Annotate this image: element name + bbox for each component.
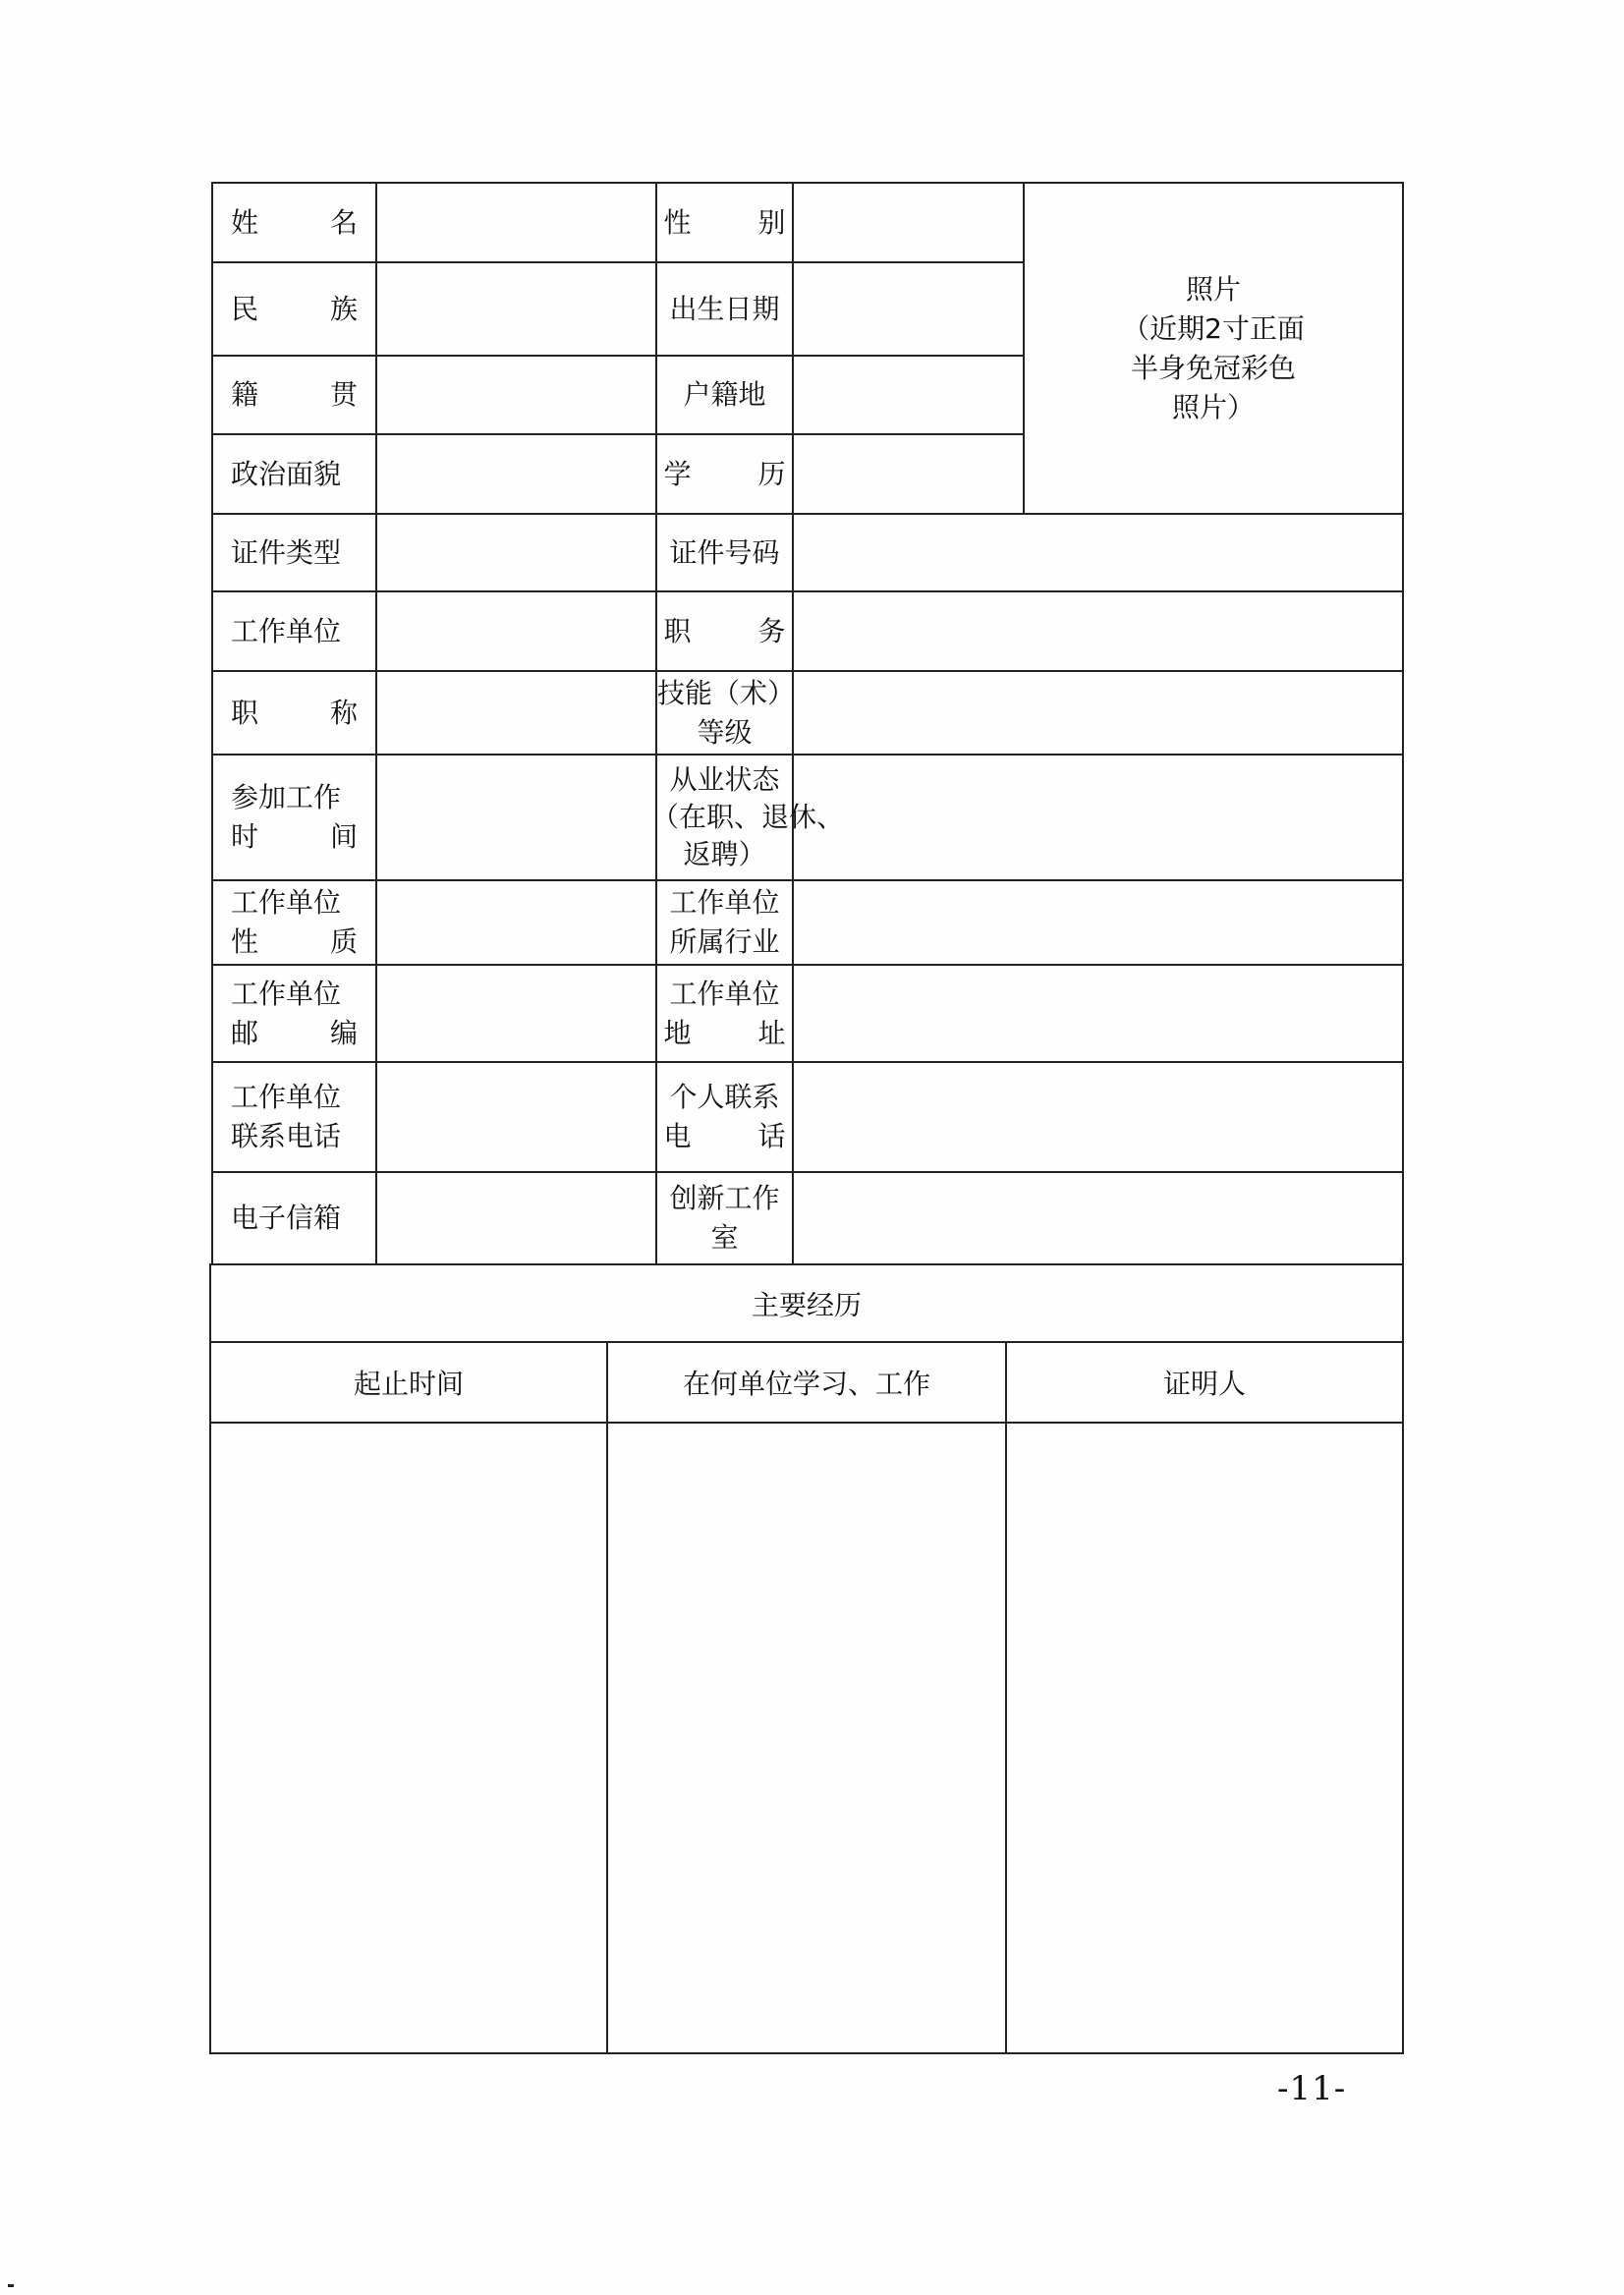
- row-email: 电子信箱 创新工作室: [212, 1172, 1403, 1264]
- experience-title-row: 主要经历: [210, 1264, 1403, 1342]
- field-id-type[interactable]: [376, 514, 656, 591]
- scan-artifact: [8, 2284, 14, 2287]
- label-email: 电子信箱: [212, 1172, 376, 1264]
- label-professional-title: 职称: [212, 671, 376, 755]
- photo-caption-line: 照片）: [1025, 388, 1402, 427]
- page-number: -11-: [1277, 2069, 1346, 2108]
- field-innovation-studio[interactable]: [793, 1172, 1403, 1264]
- label-personal-phone: 个人联系 电话: [656, 1062, 793, 1172]
- field-work-start-time[interactable]: [376, 755, 656, 880]
- label-gender: 性别: [656, 183, 793, 262]
- label-id-number: 证件号码: [656, 514, 793, 591]
- label-employer: 工作单位: [212, 591, 376, 671]
- photo-caption-line: （近期2寸正面: [1025, 309, 1402, 349]
- field-employment-status[interactable]: [793, 755, 1403, 880]
- row-name: 姓名 性别 照片 （近期2寸正面 半身免冠彩色 照片）: [212, 183, 1403, 262]
- photo-caption-line: 半身免冠彩色: [1025, 349, 1402, 388]
- field-household-registration[interactable]: [793, 356, 1024, 434]
- field-native-place[interactable]: [376, 356, 656, 434]
- row-work-start: 参加工作 时间 从业状态 （在职、退休、 返聘）: [212, 755, 1403, 880]
- experience-entry-row: [210, 1423, 1403, 2053]
- field-ethnicity[interactable]: [376, 262, 656, 356]
- field-professional-title[interactable]: [376, 671, 656, 755]
- label-household-registration: 户籍地: [656, 356, 793, 434]
- field-id-number[interactable]: [793, 514, 1403, 591]
- label-native-place: 籍贯: [212, 356, 376, 434]
- field-skill-level[interactable]: [793, 671, 1403, 755]
- field-unit[interactable]: [607, 1423, 1006, 2053]
- label-ethnicity: 民族: [212, 262, 376, 356]
- label-name: 姓名: [212, 183, 376, 262]
- label-political-status: 政治面貌: [212, 434, 376, 514]
- label-employment-status: 从业状态 （在职、退休、 返聘）: [656, 755, 793, 880]
- label-skill-level: 技能（术） 等级: [656, 671, 793, 755]
- experience-title: 主要经历: [210, 1264, 1403, 1342]
- label-id-type: 证件类型: [212, 514, 376, 591]
- document-page: 姓名 性别 照片 （近期2寸正面 半身免冠彩色 照片） 民族 出生日期: [0, 0, 1624, 2295]
- label-employer-address: 工作单位 地址: [656, 965, 793, 1062]
- row-employer-nature: 工作单位 性质 工作单位 所属行业: [212, 880, 1403, 965]
- experience-table: 主要经历 起止时间 在何单位学习、工作 证明人: [209, 1263, 1404, 2054]
- row-id-type: 证件类型 证件号码: [212, 514, 1403, 591]
- field-employer-phone[interactable]: [376, 1062, 656, 1172]
- label-birth-date: 出生日期: [656, 262, 793, 356]
- field-name[interactable]: [376, 183, 656, 262]
- field-position[interactable]: [793, 591, 1403, 671]
- personal-info-table: 姓名 性别 照片 （近期2寸正面 半身免冠彩色 照片） 民族 出生日期: [211, 182, 1404, 1265]
- field-employer-address[interactable]: [793, 965, 1403, 1062]
- experience-header-row: 起止时间 在何单位学习、工作 证明人: [210, 1342, 1403, 1423]
- row-employer: 工作单位 职务: [212, 591, 1403, 671]
- field-employer-postcode[interactable]: [376, 965, 656, 1062]
- label-employer-postcode: 工作单位 邮编: [212, 965, 376, 1062]
- label-employer-industry: 工作单位 所属行业: [656, 880, 793, 965]
- field-period[interactable]: [210, 1423, 607, 2053]
- field-email[interactable]: [376, 1172, 656, 1264]
- column-header-period: 起止时间: [210, 1342, 607, 1423]
- label-employer-nature: 工作单位 性质: [212, 880, 376, 965]
- field-personal-phone[interactable]: [793, 1062, 1403, 1172]
- field-employer-industry[interactable]: [793, 880, 1403, 965]
- label-employer-phone: 工作单位 联系电话: [212, 1062, 376, 1172]
- label-position: 职务: [656, 591, 793, 671]
- row-title: 职称 技能（术） 等级: [212, 671, 1403, 755]
- field-birth-date[interactable]: [793, 262, 1024, 356]
- field-political-status[interactable]: [376, 434, 656, 514]
- photo-box[interactable]: 照片 （近期2寸正面 半身免冠彩色 照片）: [1024, 183, 1403, 514]
- label-innovation-studio: 创新工作室: [656, 1172, 793, 1264]
- label-work-start-time: 参加工作 时间: [212, 755, 376, 880]
- field-employer-nature[interactable]: [376, 880, 656, 965]
- field-education[interactable]: [793, 434, 1024, 514]
- field-witness[interactable]: [1006, 1423, 1403, 2053]
- column-header-unit: 在何单位学习、工作: [607, 1342, 1006, 1423]
- photo-caption-line: 照片: [1025, 270, 1402, 309]
- label-education: 学历: [656, 434, 793, 514]
- row-employer-phone: 工作单位 联系电话 个人联系 电话: [212, 1062, 1403, 1172]
- row-employer-postcode: 工作单位 邮编 工作单位 地址: [212, 965, 1403, 1062]
- field-gender[interactable]: [793, 183, 1024, 262]
- field-employer[interactable]: [376, 591, 656, 671]
- column-header-witness: 证明人: [1006, 1342, 1403, 1423]
